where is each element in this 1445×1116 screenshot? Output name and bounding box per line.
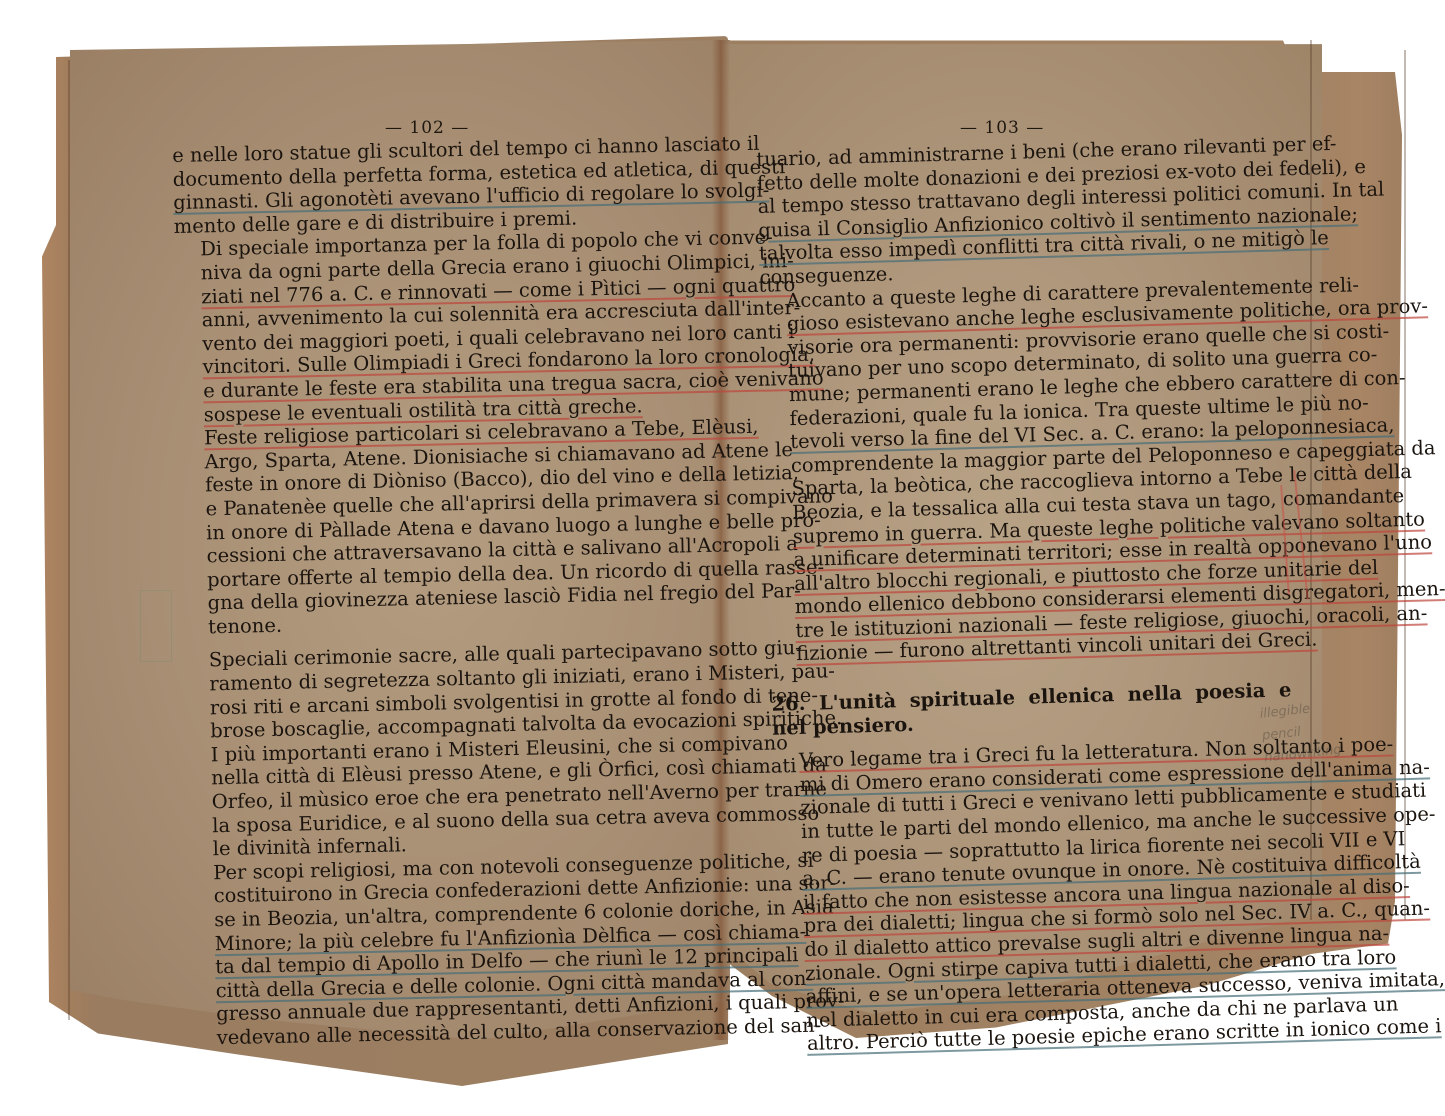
page-edge-line: [68, 60, 70, 1020]
margin-bracket-mark: [140, 590, 172, 662]
handwritten-margin-note: illegible pencil handwriting: [1259, 697, 1336, 770]
section-heading: 26. L'unità spirituale ellenica nella po…: [771, 678, 1292, 740]
page-number-left: — 102 —: [385, 118, 469, 138]
page-number-right: — 103 —: [960, 118, 1044, 138]
left-page-text: e nelle loro statue gli scultori del tem…: [172, 133, 731, 1051]
open-book: — 102 — e nelle loro statue gli scultori…: [0, 0, 1445, 1116]
right-page-text: tuario, ad amministrarne i beni (che era…: [756, 133, 1301, 1056]
